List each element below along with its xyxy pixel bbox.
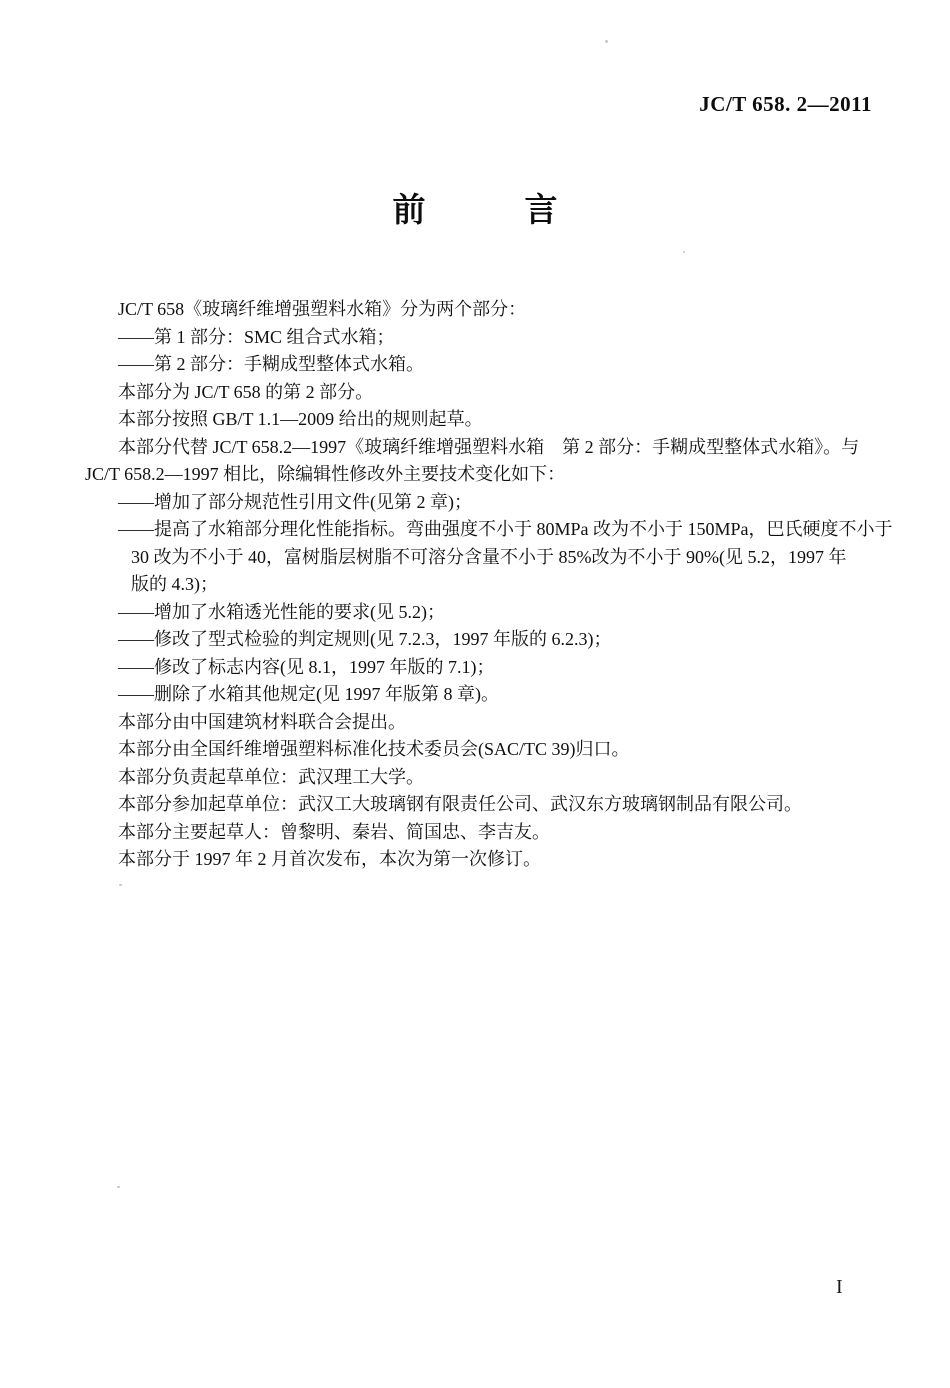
scan-speck — [117, 1186, 120, 1188]
foreword-line: ——增加了部分规范性引用文件(见第 2 章)； — [85, 489, 875, 517]
foreword-line: JC/T 658《玻璃纤维增强塑料水箱》分为两个部分： — [85, 296, 875, 324]
foreword-line: ——删除了水箱其他规定(见 1997 年版第 8 章)。 — [85, 681, 875, 709]
standard-number: JC/T 658. 2—2011 — [699, 92, 872, 117]
foreword-line: ——修改了标志内容(见 8.1，1997 年版的 7.1)； — [85, 654, 875, 682]
scan-speck — [683, 251, 685, 253]
foreword-line: 本部分为 JC/T 658 的第 2 部分。 — [85, 379, 875, 407]
scan-speck — [119, 884, 122, 886]
foreword-line: 本部分由中国建筑材料联合会提出。 — [85, 709, 875, 737]
foreword-line: 本部分参加起草单位：武汉工大玻璃钢有限责任公司、武汉东方玻璃钢制品有限公司。 — [85, 791, 875, 819]
foreword-line: 30 改为不小于 40，富树脂层树脂不可溶分含量不小于 85%改为不小于 90%… — [85, 544, 875, 572]
page-title: 前 言 — [0, 184, 950, 231]
foreword-body: JC/T 658《玻璃纤维增强塑料水箱》分为两个部分： ——第 1 部分：SMC… — [85, 296, 875, 874]
foreword-line: 本部分按照 GB/T 1.1—2009 给出的规则起草。 — [85, 406, 875, 434]
foreword-line: ——增加了水箱透光性能的要求(见 5.2)； — [85, 599, 875, 627]
foreword-line: ——第 2 部分：手糊成型整体式水箱。 — [85, 351, 875, 379]
foreword-line: 本部分由全国纤维增强塑料标准化技术委员会(SAC/TC 39)归口。 — [85, 736, 875, 764]
foreword-line: ——修改了型式检验的判定规则(见 7.2.3，1997 年版的 6.2.3)； — [85, 626, 875, 654]
foreword-line: 本部分主要起草人：曾黎明、秦岩、简国忠、李吉友。 — [85, 819, 875, 847]
foreword-line: 本部分负责起草单位：武汉理工大学。 — [85, 764, 875, 792]
foreword-line: 版的 4.3)； — [85, 571, 875, 599]
foreword-line: ——第 1 部分：SMC 组合式水箱； — [85, 324, 875, 352]
foreword-line: ——提高了水箱部分理化性能指标。弯曲强度不小于 80MPa 改为不小于 150M… — [85, 516, 875, 544]
page-number: I — [836, 1276, 843, 1299]
scan-speck — [605, 40, 608, 43]
foreword-line: 本部分代替 JC/T 658.2—1997《玻璃纤维增强塑料水箱 第 2 部分：… — [85, 434, 875, 462]
foreword-line: JC/T 658.2—1997 相比，除编辑性修改外主要技术变化如下： — [85, 461, 875, 489]
foreword-line: 本部分于 1997 年 2 月首次发布，本次为第一次修订。 — [85, 846, 875, 874]
